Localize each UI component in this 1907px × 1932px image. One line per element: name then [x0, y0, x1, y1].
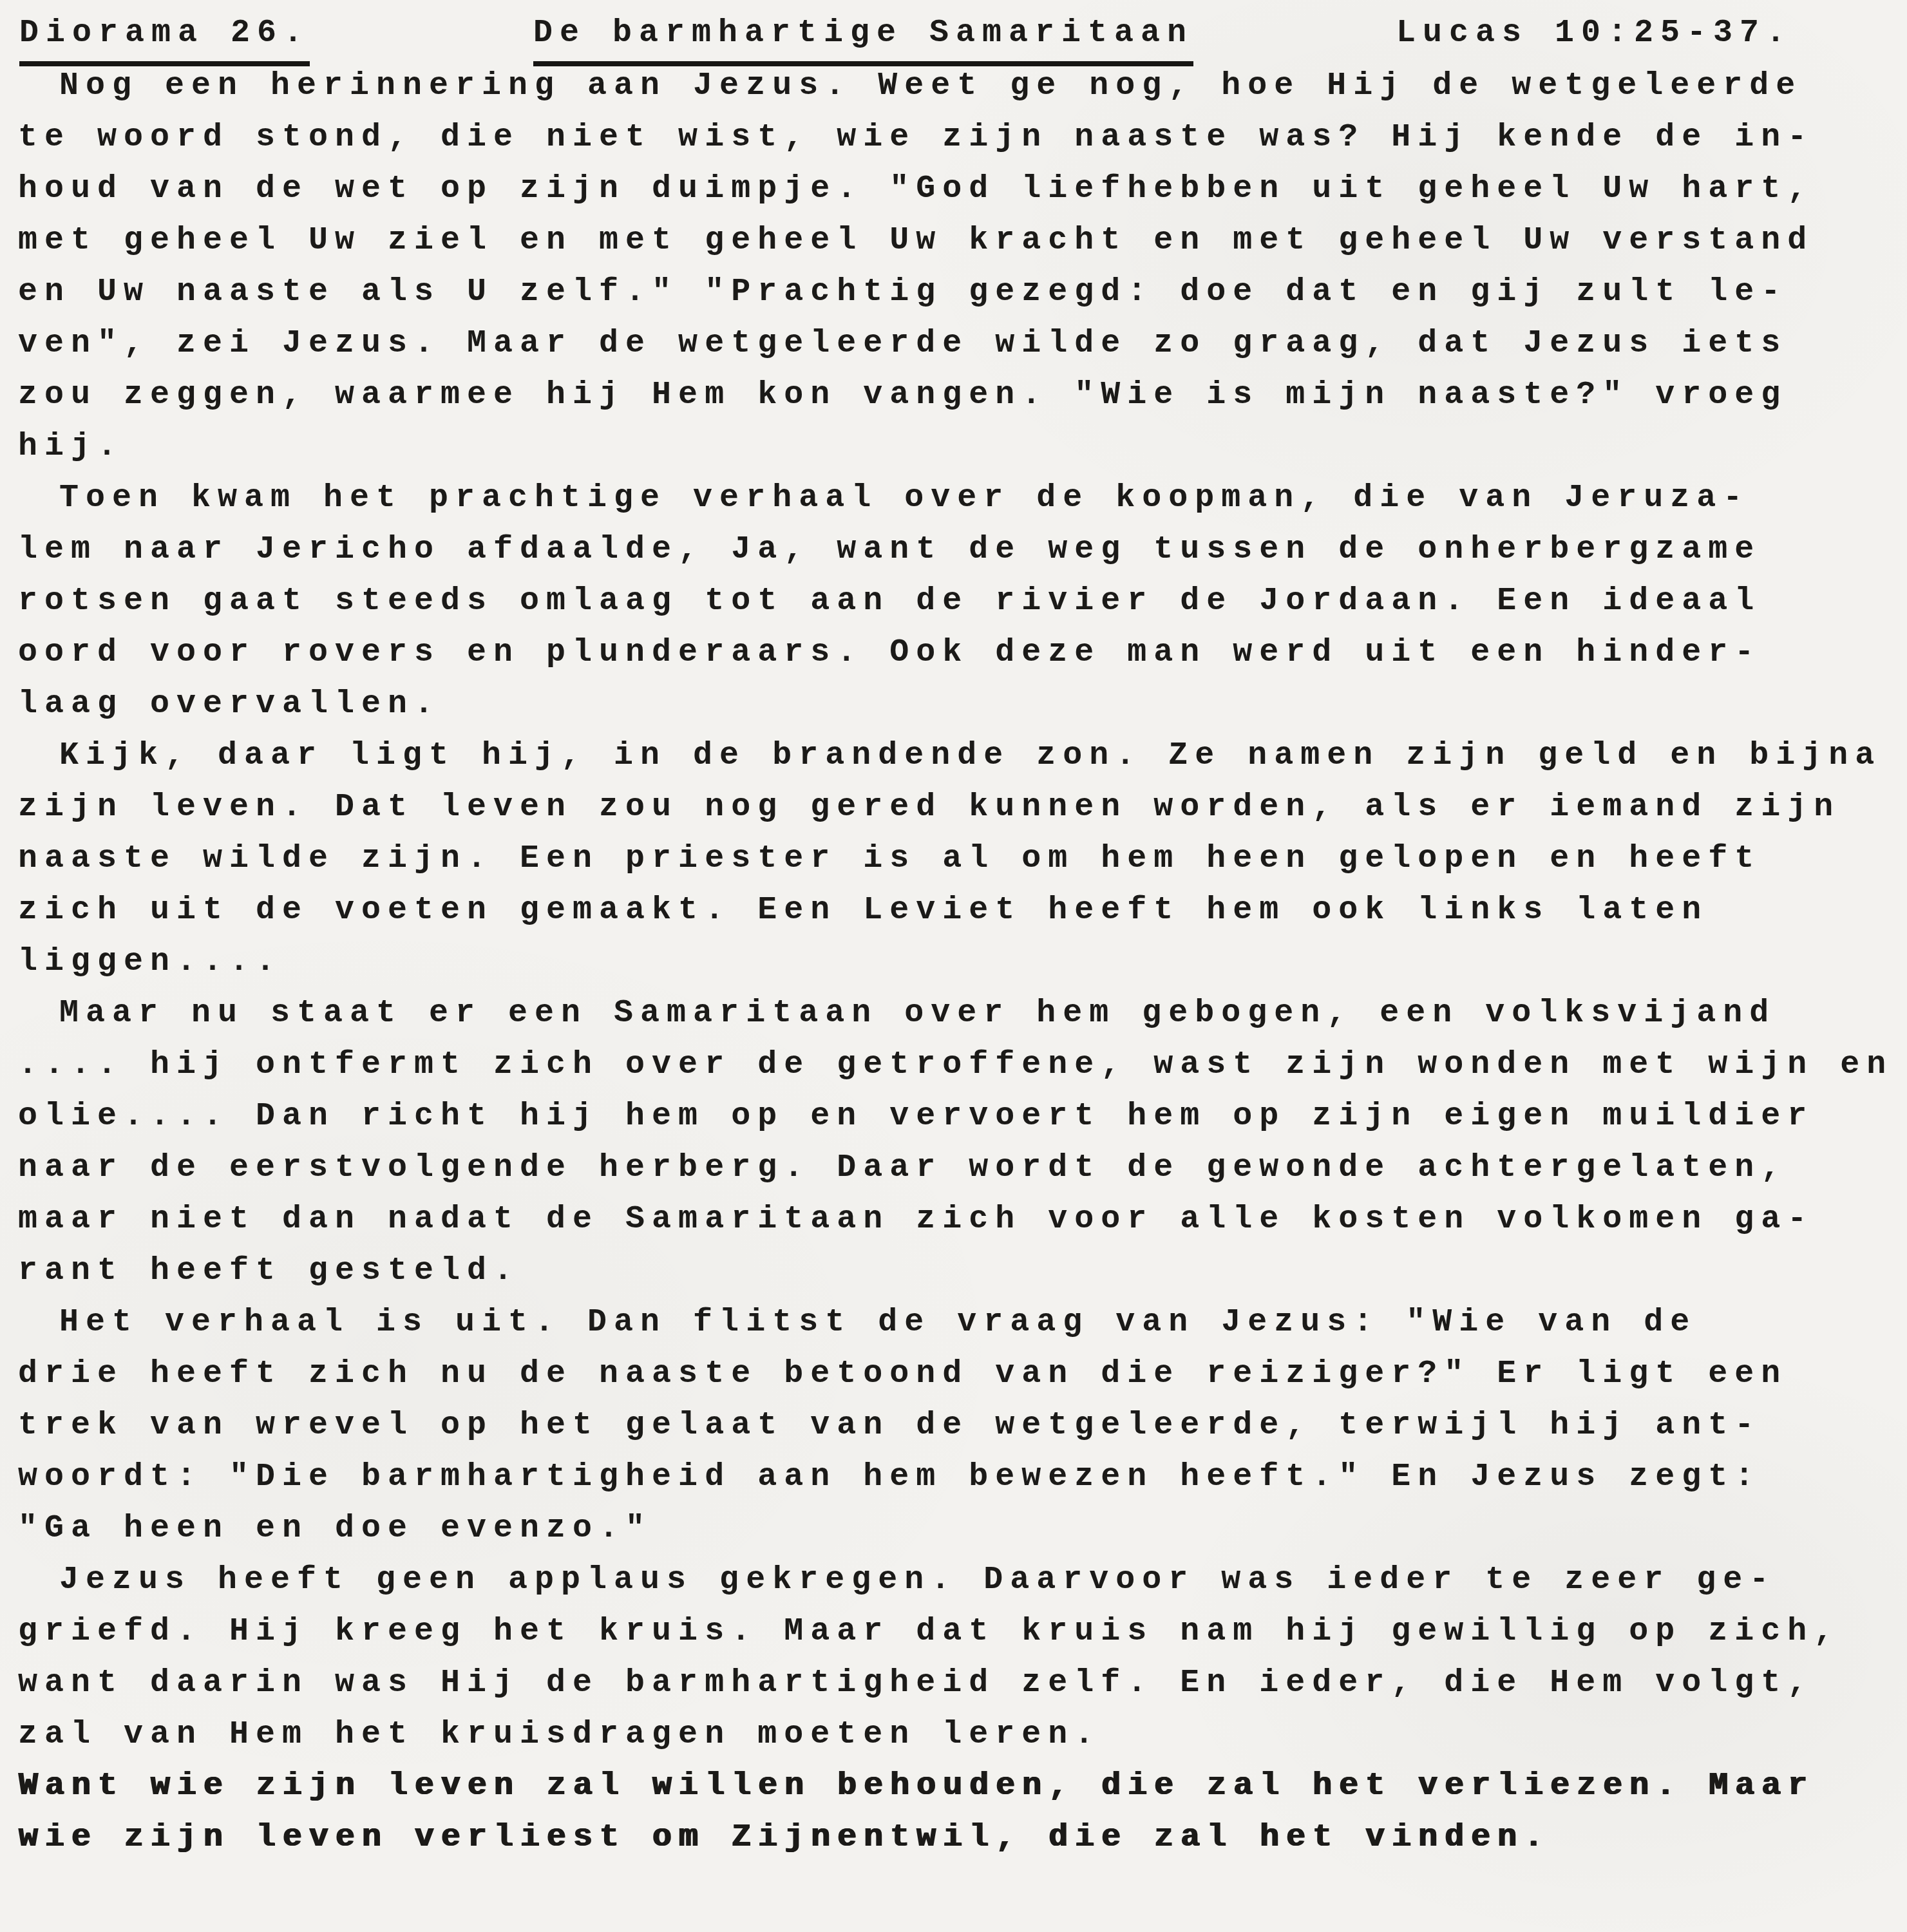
text-line: Kijk, daar ligt hij, in de brandende zon…: [18, 730, 1895, 782]
text-line: woordt: "Die barmhartigheid aan hem bewe…: [18, 1452, 1895, 1503]
text-line: rotsen gaat steeds omlaag tot aan de riv…: [18, 576, 1895, 627]
text-line: "Ga heen en doe evenzo.": [18, 1503, 1895, 1555]
document-body: Nog een herinnering aan Jezus. Weet ge n…: [18, 61, 1895, 1864]
text-line: drie heeft zich nu de naaste betoond van…: [18, 1349, 1895, 1400]
text-line: zou zeggen, waarmee hij Hem kon vangen. …: [18, 370, 1895, 421]
text-line: lem naar Jericho afdaalde, Ja, want de w…: [18, 524, 1895, 576]
text-line: te woord stond, die niet wist, wie zijn …: [18, 112, 1895, 164]
text-line: oord voor rovers en plunderaars. Ook dez…: [18, 627, 1895, 679]
text-line: Nog een herinnering aan Jezus. Weet ge n…: [18, 61, 1895, 112]
text-line: maar niet dan nadat de Samaritaan zich v…: [18, 1194, 1895, 1245]
text-line: Want wie zijn leven zal willen behouden,…: [18, 1761, 1895, 1812]
text-line: rant heeft gesteld.: [18, 1245, 1895, 1297]
doc-title: De barmhartige Samaritaan: [533, 8, 1193, 66]
text-line: wie zijn leven verliest om Zijnentwil, d…: [18, 1812, 1895, 1864]
text-line: Toen kwam het prachtige verhaal over de …: [18, 473, 1895, 524]
text-line: en Uw naaste als U zelf." "Prachtig geze…: [18, 267, 1895, 318]
text-line: zich uit de voeten gemaakt. Een Leviet h…: [18, 885, 1895, 936]
document-header: Diorama 26. De barmhartige Samaritaan Lu…: [18, 8, 1895, 59]
doc-number: Diorama 26.: [19, 8, 310, 66]
text-line: liggen....: [18, 936, 1895, 988]
text-line: Jezus heeft geen applaus gekregen. Daarv…: [18, 1555, 1895, 1606]
document-page: Diorama 26. De barmhartige Samaritaan Lu…: [0, 0, 1907, 1932]
text-line: zijn leven. Dat leven zou nog gered kunn…: [18, 782, 1895, 833]
text-line: naar de eerstvolgende herberg. Daar word…: [18, 1142, 1895, 1194]
text-line: houd van de wet op zijn duimpje. "God li…: [18, 164, 1895, 215]
text-line: met geheel Uw ziel en met geheel Uw krac…: [18, 215, 1895, 267]
text-line: laag overvallen.: [18, 679, 1895, 730]
text-line: griefd. Hij kreeg het kruis. Maar dat kr…: [18, 1606, 1895, 1658]
text-line: olie.... Dan richt hij hem op en vervoer…: [18, 1091, 1895, 1142]
scripture-reference: Lucas 10:25-37.: [1396, 8, 1792, 59]
text-line: .... hij ontfermt zich over de getroffen…: [18, 1039, 1895, 1091]
text-line: naaste wilde zijn. Een priester is al om…: [18, 833, 1895, 885]
text-line: hij.: [18, 421, 1895, 473]
text-line: want daarin was Hij de barmhartigheid ze…: [18, 1658, 1895, 1709]
text-line: Maar nu staat er een Samaritaan over hem…: [18, 988, 1895, 1039]
text-line: trek van wrevel op het gelaat van de wet…: [18, 1400, 1895, 1452]
text-line: Het verhaal is uit. Dan flitst de vraag …: [18, 1297, 1895, 1349]
text-line: ven", zei Jezus. Maar de wetgeleerde wil…: [18, 318, 1895, 370]
text-line: zal van Hem het kruisdragen moeten leren…: [18, 1709, 1895, 1761]
